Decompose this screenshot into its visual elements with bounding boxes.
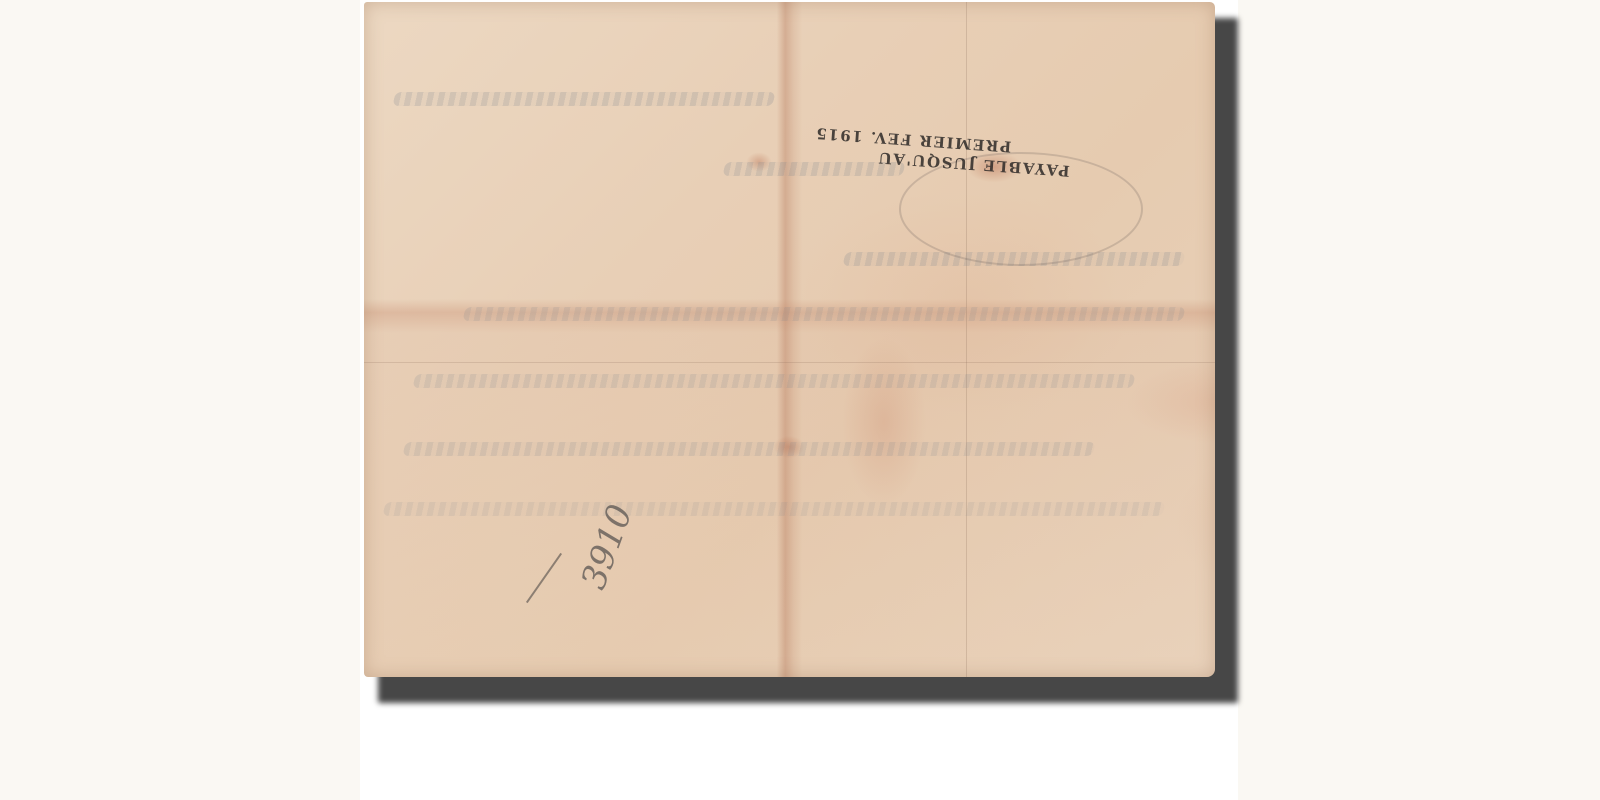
pencil-mark [526, 553, 562, 603]
faded-handwriting-line [463, 307, 1186, 321]
faded-handwriting-line [383, 502, 1166, 516]
faded-handwriting-line [403, 442, 1096, 456]
horizontal-fold [364, 362, 1215, 363]
faded-handwriting-line [393, 92, 776, 106]
vertical-fold [966, 2, 967, 677]
faded-handwriting-line [413, 374, 1136, 388]
banknote-reverse: PAYABLE JUSQU'AU PREMIER FEV. 1915 3910 [364, 2, 1215, 677]
